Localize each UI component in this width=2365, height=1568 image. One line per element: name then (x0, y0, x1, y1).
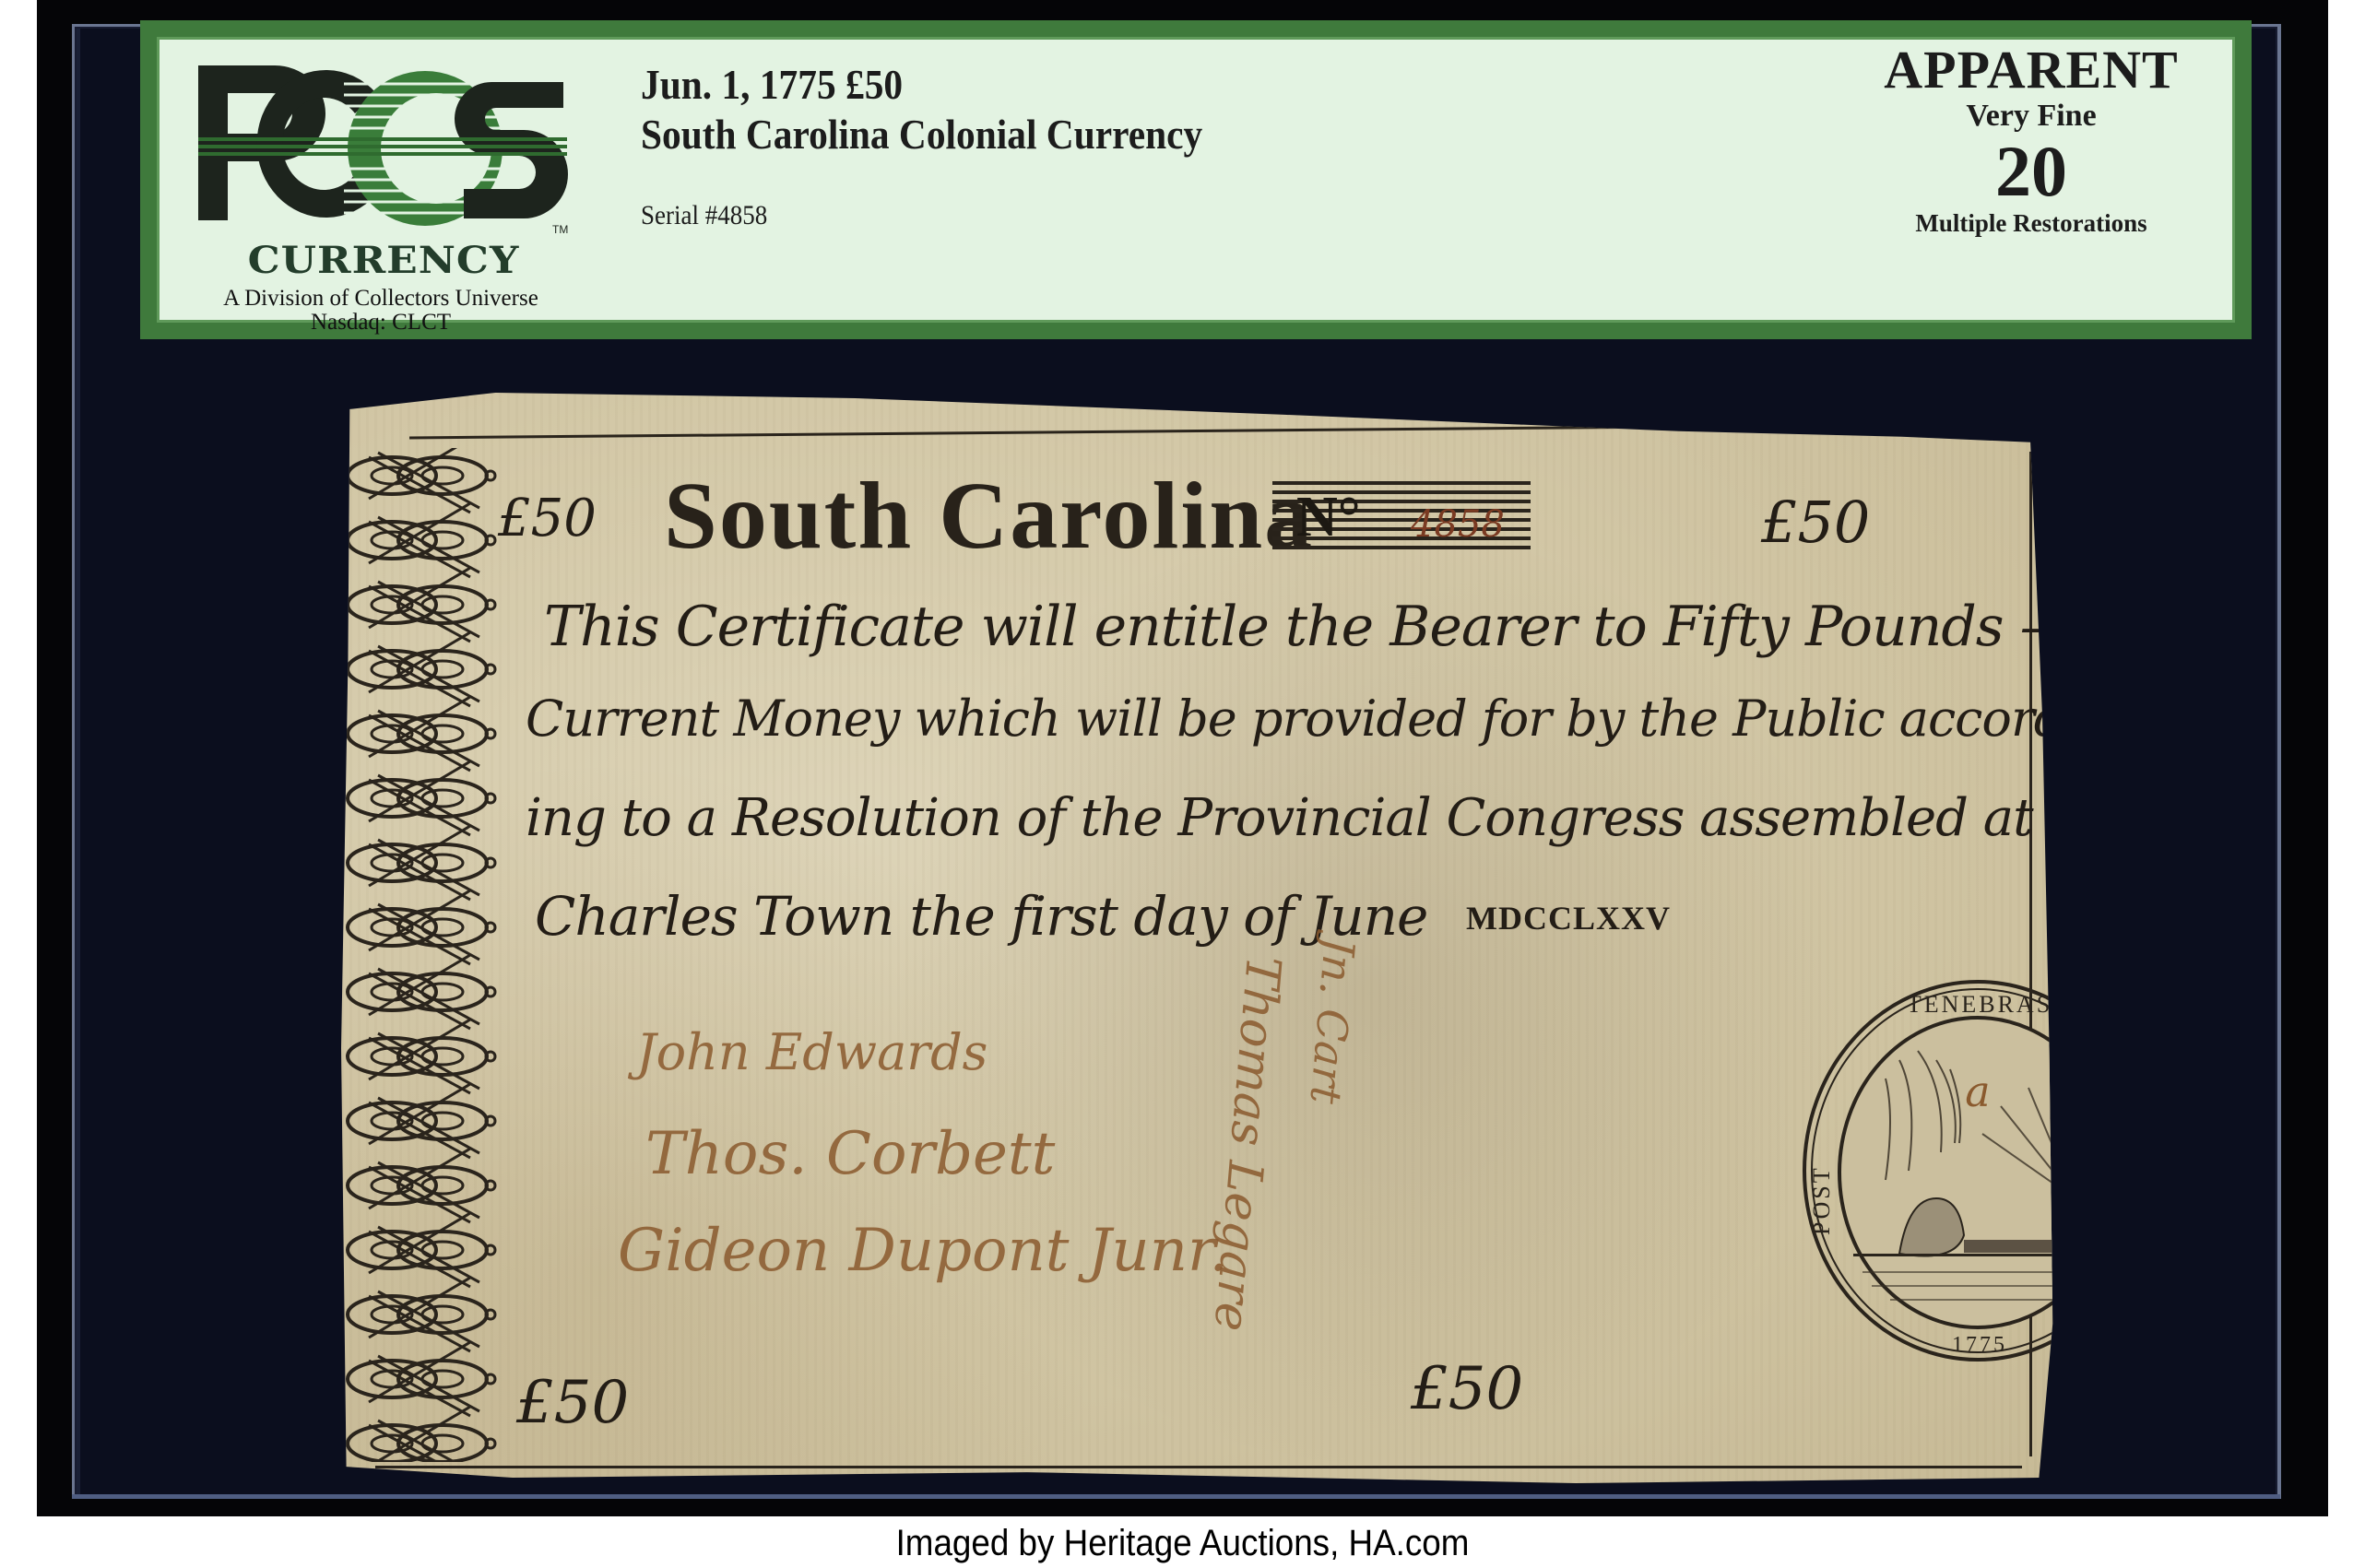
svg-text:1775: 1775 (1952, 1333, 2007, 1357)
grade-block: APPARENT Very Fine 20 Multiple Restorati… (1865, 41, 2197, 237)
note-body-line-2: Current Money which will be provided for… (526, 690, 2121, 748)
ticker-text: Nasdaq: CLCT (187, 310, 574, 336)
signature-2: Thos. Corbett (645, 1120, 1055, 1188)
signature-3: Gideon Dupont Junr. (618, 1217, 1228, 1285)
grade-comment: Multiple Restorations (1865, 209, 2197, 237)
note-body-line-4: Charles Town the first day of June (535, 885, 1427, 948)
vertical-signature-1: Thomas Legare (1203, 954, 1291, 1334)
note-number-box: N° 4858 (1272, 481, 1531, 553)
svg-text:POST: POST (1808, 1165, 1835, 1235)
number-handwritten: 4858 (1411, 503, 1505, 546)
svg-text:TM: TM (552, 223, 568, 236)
note-bottom-rule (375, 1466, 2022, 1468)
svg-text:a: a (1965, 1067, 1990, 1116)
note-body-line-3: ing to a Resolution of the Provincial Co… (526, 788, 2033, 848)
division-text: A Division of Collectors Universe (187, 287, 574, 310)
note-subtitle: South Carolina Colonial Currency (641, 110, 1202, 159)
denomination-bottom-left: £50 (516, 1369, 629, 1437)
pcgs-monogram-icon: TM (187, 56, 574, 241)
denomination-bottom-right: £50 (1411, 1355, 1523, 1423)
note-title: Jun. 1, 1775 £50 (641, 60, 1202, 110)
signature-1: John Edwards (636, 1023, 987, 1081)
note-heading: South Carolina (664, 461, 1314, 571)
note-body-line-1: This Certificate will entitle the Bearer… (544, 595, 2075, 659)
denomination-top-right: £50 (1761, 489, 1870, 556)
grade-name: Very Fine (1865, 99, 2197, 134)
ornamental-border-icon (341, 448, 498, 1462)
grade-qualifier: APPARENT (1865, 41, 2197, 99)
roman-year: MDCCLXXV (1466, 899, 1671, 937)
grading-label-panel: TM CURRENCY A Division of Collectors Uni… (157, 37, 2235, 323)
grading-label: TM CURRENCY A Division of Collectors Uni… (140, 20, 2252, 339)
pcgs-logo: TM CURRENCY A Division of Collectors Uni… (187, 56, 574, 333)
currency-wordmark: CURRENCY (189, 239, 578, 282)
number-prefix: N° (1296, 485, 1361, 550)
image-credit: Imaged by Heritage Auctions, HA.com (95, 1523, 2271, 1564)
note-description: Jun. 1, 1775 £50 South Carolina Colonial… (641, 60, 1265, 231)
grade-number: 20 (1865, 134, 2197, 209)
vertical-signature-2: Jn. Cart (1300, 936, 1365, 1105)
serial-number: Serial #4858 (641, 200, 1202, 231)
banknote: £50 South Carolina N° 4858 £50 This Cert… (341, 387, 2056, 1489)
svg-text:TENEBRAS: TENEBRAS (1907, 991, 2052, 1018)
denomination-top-left: £50 (498, 489, 597, 548)
